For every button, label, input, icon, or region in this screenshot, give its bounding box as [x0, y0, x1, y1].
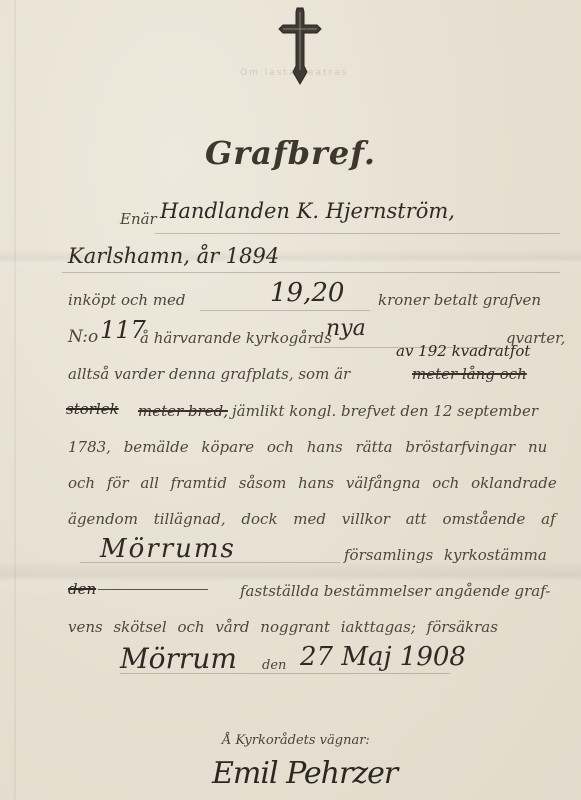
handwritten-grave-number: 117: [100, 316, 146, 344]
fill-line: [200, 310, 370, 311]
document-title: Grafbref.: [0, 134, 581, 172]
struck-line: [98, 589, 208, 590]
handwritten-buyer-name: Handlanden K. Hjernström,: [160, 199, 455, 223]
printed-text: och för all framtid såsom hans välfångna…: [68, 474, 557, 492]
struck-text: meter lång och: [412, 365, 527, 383]
handwritten-place: Mörrum: [120, 642, 237, 675]
printed-text: Enär: [120, 210, 157, 228]
printed-text: församlings kyrkostämma: [344, 546, 547, 564]
printed-text: N:o: [68, 327, 98, 347]
handwritten-date: 27 Maj 1908: [300, 642, 466, 672]
handwritten-quarter: nya: [326, 316, 366, 341]
printed-text: fastställda bestämmelser angående graf-: [240, 582, 550, 600]
handwritten-parish: Mörrums: [100, 534, 236, 564]
printed-text: vens skötsel och vård noggrant iakttagas…: [68, 618, 498, 636]
printed-text: å härvarande kyrkogårds: [140, 329, 332, 347]
handwritten-place-year: Karlshamn, år 1894: [68, 244, 279, 268]
signature-label: Å Kyrkorådets vägnar:: [222, 733, 370, 748]
fill-line: [80, 562, 340, 563]
fill-line: [62, 272, 560, 273]
handwritten-size-note: av 192 kvadratfot: [396, 342, 530, 360]
bleed-through-text: Om lasta seatras: [240, 68, 349, 78]
printed-text: den: [262, 658, 286, 673]
struck-text: meter bred,: [138, 402, 228, 420]
struck-text: den: [68, 580, 96, 598]
handwritten-price: 19,20: [270, 278, 344, 308]
printed-text: ägendom tillägnad, dock med villkor att …: [68, 510, 556, 528]
printed-text: kroner betalt grafven: [378, 291, 541, 309]
printed-text: jämlikt kongl. brefvet den 12 september: [232, 402, 538, 420]
paper-fold: [14, 0, 16, 800]
printed-text: 1783, bemälde köpare och hans rätta brös…: [68, 438, 547, 456]
fill-line: [120, 673, 450, 674]
fill-line: [155, 233, 560, 234]
document-page: Om lasta seatras Grafbref. Enär Handland…: [0, 0, 581, 800]
printed-text: alltså varder denna grafplats, som är: [68, 365, 350, 383]
signature: Emil Pehrzer: [212, 756, 397, 791]
printed-text: inköpt och med: [68, 291, 186, 309]
struck-text: storlek: [66, 400, 119, 418]
